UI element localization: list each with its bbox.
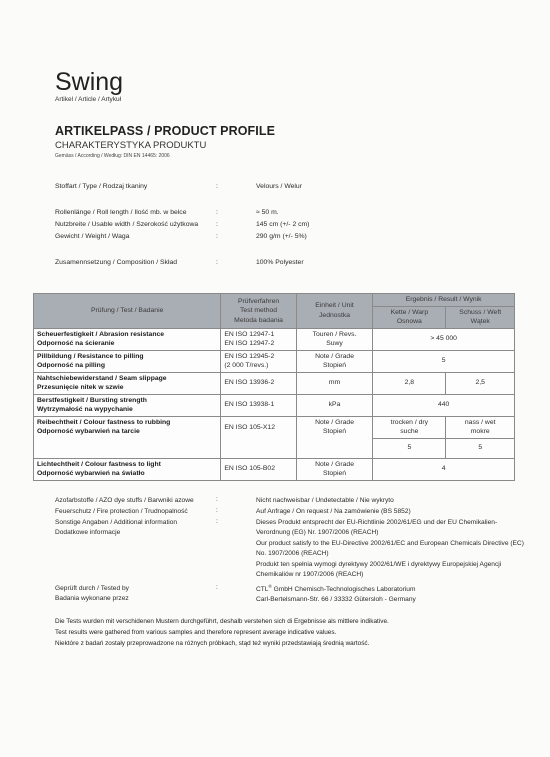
method-line: EN ISO 12945-2 bbox=[224, 352, 292, 362]
header-test: Prüfung / Test / Badanie bbox=[34, 294, 221, 329]
separator: : bbox=[216, 233, 218, 240]
test-unit: Note / Grade Stopień bbox=[296, 416, 373, 458]
table-row-light: Lichtechtheit / Colour fastness to light… bbox=[34, 458, 515, 480]
unit-line: Touren / Revs. bbox=[300, 330, 370, 340]
info-value: Auf Anfrage / On request / Na zamówienie… bbox=[256, 507, 526, 517]
test-method: EN ISO 12945-2 (2 000 T/revs.) bbox=[221, 350, 296, 372]
disclaimer-en: Test results were gathered from various … bbox=[55, 628, 525, 639]
spec-label: Stoffart / Type / Rodzaj tkaniny bbox=[55, 183, 147, 190]
doc-title-pl: CHARAKTERYSTYKA PRODUKTU bbox=[55, 140, 206, 151]
test-method: EN ISO 13936-2 bbox=[221, 372, 296, 394]
header-weft-label: Schuss / Weft bbox=[449, 308, 511, 318]
product-name: Swing bbox=[55, 68, 123, 97]
method-line: (2 000 T/revs.) bbox=[224, 361, 292, 371]
header-warp: Kette / Warp Osnowa bbox=[373, 306, 446, 328]
dry-label: trocken / dry suche bbox=[373, 416, 446, 438]
spec-label: Zusamennsetzung / Composition / Skład bbox=[55, 259, 177, 266]
test-unit: Note / Grade Stopień bbox=[296, 458, 373, 480]
header-result: Ergebnis / Result / Wynik bbox=[373, 294, 515, 307]
header-method-en: Test method bbox=[224, 306, 292, 316]
disclaimer-pl: Niektóre z badań zostały przeprowadzone … bbox=[55, 639, 525, 650]
test-name-pl: Przesunięcie nitek w szwie bbox=[37, 383, 217, 393]
test-name: Nahtschiebewiderstand / Seam slippage Pr… bbox=[34, 372, 221, 394]
header-warp-pl: Osnowa bbox=[376, 317, 442, 327]
header-method: Prüfverfahren Test method Metoda badania bbox=[221, 294, 296, 329]
dry-label-line: trocken / dry bbox=[376, 418, 442, 428]
wet-label-line: mokre bbox=[449, 427, 511, 437]
table-row-seam-slippage: Nahtschiebewiderstand / Seam slippage Pr… bbox=[34, 372, 515, 394]
info-label-line: Badania wykonane przez bbox=[55, 594, 220, 604]
method-line: EN ISO 12947-1 bbox=[224, 330, 292, 340]
info-value: CTL® GmbH Chemisch-Technologisches Labor… bbox=[256, 584, 526, 604]
spec-value: 145 cm (+/- 2 cm) bbox=[256, 221, 309, 228]
test-method: EN ISO 105-X12 bbox=[221, 416, 296, 458]
header-method-pl: Metoda badania bbox=[224, 316, 292, 326]
test-result: 440 bbox=[373, 394, 515, 416]
info-label: Feuerschutz / Fire protection / Trudnopa… bbox=[55, 507, 220, 517]
header-unit: Einheit / Unit Jednostka bbox=[296, 294, 373, 329]
info-label-line: Dodatkowe informacje bbox=[55, 528, 220, 538]
test-result: 4 bbox=[373, 458, 515, 480]
info-label: Azofarbstoffe / AZO dye stuffs / Barwnik… bbox=[55, 496, 220, 506]
dry-label-line: suche bbox=[376, 427, 442, 437]
test-name: Scheuerfestigkeit / Abrasion resistance … bbox=[34, 328, 221, 350]
test-unit: kPa bbox=[296, 394, 373, 416]
separator: : bbox=[216, 183, 218, 190]
separator: : bbox=[216, 518, 218, 525]
unit-line: Note / Grade bbox=[300, 418, 370, 428]
table-row-rubbing: Reibechtheit / Colour fastness to rubbin… bbox=[34, 416, 515, 438]
doc-title: ARTIKELPASS / PRODUCT PROFILE bbox=[55, 124, 275, 138]
article-label: Artikel / Article / Artykuł bbox=[55, 96, 121, 103]
test-name: Reibechtheit / Colour fastness to rubbin… bbox=[34, 416, 221, 458]
spec-value: ≈ 50 m. bbox=[256, 209, 279, 216]
test-result-warp: 2,8 bbox=[373, 372, 446, 394]
header-method-de: Prüfverfahren bbox=[224, 297, 292, 307]
info-label: Sonstige Angaben / Additional informatio… bbox=[55, 518, 220, 537]
separator: : bbox=[216, 496, 218, 503]
header-unit-de-en: Einheit / Unit bbox=[300, 301, 370, 311]
spec-value: 100% Polyester bbox=[256, 259, 304, 266]
test-result-weft: 2,5 bbox=[446, 372, 515, 394]
lab-address: Carl-Bertelsmann-Str. 66 / 33332 Gütersl… bbox=[256, 595, 526, 605]
header-warp-label: Kette / Warp bbox=[376, 308, 442, 318]
test-name-de-en: Lichtechtheit / Colour fastness to light bbox=[37, 460, 217, 470]
disclaimer-de: Die Tests wurden mit verschidenen Muster… bbox=[55, 617, 525, 628]
registered-mark: ® bbox=[268, 584, 271, 589]
table-row-pilling: Pillbildung / Resistance to pilling Odpo… bbox=[34, 350, 515, 372]
test-method: EN ISO 13938-1 bbox=[221, 394, 296, 416]
test-name-de-en: Berstfestigkeit / Bursting strength bbox=[37, 396, 217, 406]
test-name-de-en: Nahtschiebewiderstand / Seam slippage bbox=[37, 374, 217, 384]
test-method: EN ISO 105-B02 bbox=[221, 458, 296, 480]
test-method: EN ISO 12947-1 EN ISO 12947-2 bbox=[221, 328, 296, 350]
unit-line: Note / Grade bbox=[300, 352, 370, 362]
unit-line: Stopień bbox=[300, 361, 370, 371]
table-row-abrasion: Scheuerfestigkeit / Abrasion resistance … bbox=[34, 328, 515, 350]
test-result-wet: 5 bbox=[446, 438, 515, 458]
lab-name-text: GmbH Chemisch-Technologisches Laboratori… bbox=[274, 586, 416, 593]
results-table: Prüfung / Test / Badanie Prüfverfahren T… bbox=[33, 293, 515, 481]
spec-label: Nutzbreite / Usable width / Szerokość uż… bbox=[55, 221, 198, 228]
info-label-line: Geprüft durch / Tested by bbox=[55, 584, 220, 594]
test-name-pl: Odporność na pilling bbox=[37, 361, 217, 371]
lab-name: CTL® GmbH Chemisch-Technologisches Labor… bbox=[256, 584, 526, 595]
test-name-pl: Odporność na ścieranie bbox=[37, 339, 217, 349]
info-value-en: Our product satisfy to the EU-Directive … bbox=[256, 539, 526, 558]
test-name-pl: Odporność wybarwień na tarcie bbox=[37, 427, 217, 437]
test-unit: Note / Grade Stopień bbox=[296, 350, 373, 372]
unit-line: Stopień bbox=[300, 469, 370, 479]
spec-label: Rollenlänge / Roll length / Ilość mb. w … bbox=[55, 209, 186, 216]
test-name-de-en: Pillbildung / Resistance to pilling bbox=[37, 352, 217, 362]
test-name: Berstfestigkeit / Bursting strength Wytr… bbox=[34, 394, 221, 416]
unit-line: Note / Grade bbox=[300, 460, 370, 470]
test-result: > 45 000 bbox=[373, 328, 515, 350]
test-result-dry: 5 bbox=[373, 438, 446, 458]
wet-label: nass / wet mokre bbox=[446, 416, 515, 438]
spec-value: Velours / Welur bbox=[256, 183, 302, 190]
test-name: Pillbildung / Resistance to pilling Odpo… bbox=[34, 350, 221, 372]
separator: : bbox=[216, 221, 218, 228]
test-name-de-en: Scheuerfestigkeit / Abrasion resistance bbox=[37, 330, 217, 340]
separator: : bbox=[216, 584, 218, 591]
info-value-de: Dieses Produkt entsprecht der EU-Richtli… bbox=[256, 518, 526, 537]
test-name-pl: Odporność wybarwień na światło bbox=[37, 469, 217, 479]
info-label: Geprüft durch / Tested by Badania wykona… bbox=[55, 584, 220, 603]
test-name-pl: Wytrzymałość na wypychanie bbox=[37, 405, 217, 415]
lab-brand: CTL bbox=[256, 586, 268, 593]
separator: : bbox=[216, 507, 218, 514]
separator: : bbox=[216, 209, 218, 216]
header-weft-pl: Wątek bbox=[449, 317, 511, 327]
method-line: EN ISO 12947-2 bbox=[224, 339, 292, 349]
wet-label-line: nass / wet bbox=[449, 418, 511, 428]
header-unit-pl: Jednostka bbox=[300, 311, 370, 321]
unit-line: Stopień bbox=[300, 427, 370, 437]
test-unit: mm bbox=[296, 372, 373, 394]
info-value: Nicht nachweisbar / Undetectable / Nie w… bbox=[256, 496, 526, 506]
spec-label: Gewicht / Weight / Waga bbox=[55, 233, 129, 240]
standard-reference: Gemäss / According / Według: DIN EN 1446… bbox=[55, 153, 170, 159]
info-value-pl: Produkt ten spełnia wymogi dyrektywy 200… bbox=[256, 560, 526, 579]
disclaimer: Die Tests wurden mit verschidenen Muster… bbox=[55, 617, 525, 650]
unit-line: Suwy bbox=[300, 339, 370, 349]
separator: : bbox=[216, 259, 218, 266]
info-label-line: Sonstige Angaben / Additional informatio… bbox=[55, 518, 220, 528]
info-value: Dieses Produkt entsprecht der EU-Richtli… bbox=[256, 518, 526, 579]
test-unit: Touren / Revs. Suwy bbox=[296, 328, 373, 350]
header-weft: Schuss / Weft Wątek bbox=[446, 306, 515, 328]
table-row-bursting: Berstfestigkeit / Bursting strength Wytr… bbox=[34, 394, 515, 416]
test-name-de-en: Reibechtheit / Colour fastness to rubbin… bbox=[37, 418, 217, 428]
test-name: Lichtechtheit / Colour fastness to light… bbox=[34, 458, 221, 480]
spec-value: 290 g/m (+/- 5%) bbox=[256, 233, 307, 240]
test-result: 5 bbox=[373, 350, 515, 372]
